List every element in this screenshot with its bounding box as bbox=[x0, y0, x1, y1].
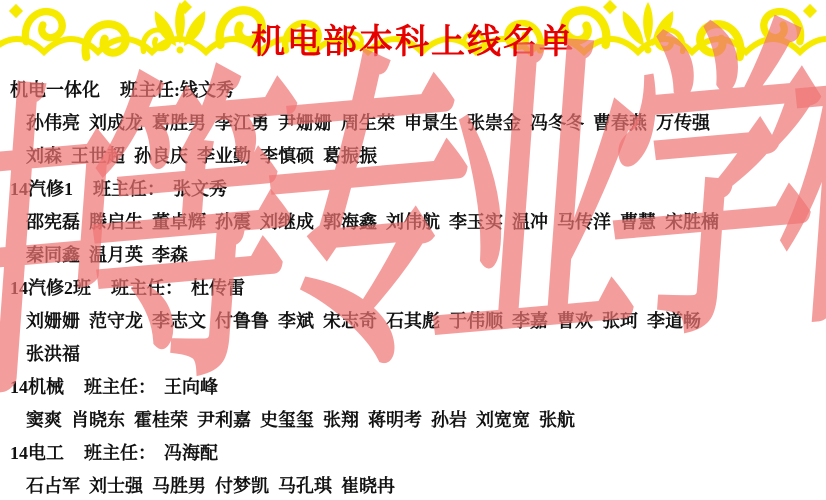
class-name: 14电工 bbox=[10, 443, 64, 463]
student-name: 石其彪 bbox=[386, 311, 440, 331]
student-name: 滕启生 bbox=[89, 212, 143, 232]
student-name: 霍桂荣 bbox=[134, 410, 188, 430]
teacher-name: 王向峰 bbox=[164, 377, 218, 397]
student-name: 马孔琪 bbox=[278, 476, 332, 496]
student-name: 冯冬冬 bbox=[530, 113, 584, 133]
student-row: 邵宪磊滕启生董卓辉孙震刘继成郭海鑫刘伟航李玉实温冲马传洋曹慧宋胜楠 bbox=[10, 206, 816, 239]
class-section: 14汽修2班班主任：杜传雷 刘姗姗范守龙李志文付鲁鲁李斌宋志奇石其彪于伟顺李嘉曹… bbox=[10, 272, 816, 371]
class-heading: 14汽修1班主任：张文秀 bbox=[10, 173, 816, 206]
student-name: 李道畅 bbox=[647, 311, 701, 331]
student-name: 刘森 bbox=[26, 146, 62, 166]
student-name: 李森 bbox=[152, 245, 188, 265]
student-name: 申景生 bbox=[404, 113, 458, 133]
student-name: 周生荣 bbox=[341, 113, 395, 133]
student-name: 宋胜楠 bbox=[665, 212, 719, 232]
student-name: 李嘉 bbox=[512, 311, 548, 331]
student-name: 张珂 bbox=[602, 311, 638, 331]
student-name: 曹春燕 bbox=[593, 113, 647, 133]
class-section: 机电一体化班主任:钱文秀 孙伟亮刘成龙葛胜男李江勇尹姗姗周生荣申景生张崇金冯冬冬… bbox=[10, 74, 816, 173]
student-name: 刘成龙 bbox=[89, 113, 143, 133]
student-name: 温月英 bbox=[89, 245, 143, 265]
student-name: 王世超 bbox=[71, 146, 125, 166]
teacher-name: 钱文秀 bbox=[180, 80, 234, 100]
student-name: 刘继成 bbox=[260, 212, 314, 232]
class-heading: 14电工班主任：冯海配 bbox=[10, 437, 816, 470]
roster: 机电一体化班主任:钱文秀 孙伟亮刘成龙葛胜男李江勇尹姗姗周生荣申景生张崇金冯冬冬… bbox=[10, 74, 816, 500]
student-name: 曹慧 bbox=[620, 212, 656, 232]
teacher-label: 班主任: bbox=[120, 80, 180, 100]
student-name: 于伟顺 bbox=[449, 311, 503, 331]
student-row: 石占军刘士强马胜男付梦凯马孔琪崔晓冉 bbox=[10, 470, 816, 500]
student-row: 秦同鑫温月英李森 bbox=[10, 239, 816, 272]
student-name: 孙岩 bbox=[431, 410, 467, 430]
class-section: 14电工班主任：冯海配 石占军刘士强马胜男付梦凯马孔琪崔晓冉 bbox=[10, 437, 816, 500]
student-name: 史玺玺 bbox=[260, 410, 314, 430]
teacher-name: 冯海配 bbox=[164, 443, 218, 463]
student-name: 马胜男 bbox=[152, 476, 206, 496]
teacher-label: 班主任： bbox=[84, 443, 156, 463]
student-name: 张崇金 bbox=[467, 113, 521, 133]
student-name: 刘宽宽 bbox=[476, 410, 530, 430]
student-name: 范守龙 bbox=[89, 311, 143, 331]
student-name: 温冲 bbox=[512, 212, 548, 232]
student-name: 邵宪磊 bbox=[26, 212, 80, 232]
class-heading: 14汽修2班班主任：杜传雷 bbox=[10, 272, 816, 305]
student-name: 李江勇 bbox=[215, 113, 269, 133]
student-row: 窦爽肖晓东霍桂荣尹利嘉史玺玺张翔蒋明考孙岩刘宽宽张航 bbox=[10, 404, 816, 437]
class-name: 14机械 bbox=[10, 377, 64, 397]
class-section: 14机械班主任：王向峰 窦爽肖晓东霍桂荣尹利嘉史玺玺张翔蒋明考孙岩刘宽宽张航 bbox=[10, 371, 816, 437]
student-name: 郭海鑫 bbox=[323, 212, 377, 232]
student-name: 蒋明考 bbox=[368, 410, 422, 430]
student-name: 李业勤 bbox=[197, 146, 251, 166]
student-name: 马传洋 bbox=[557, 212, 611, 232]
student-name: 李慎硕 bbox=[260, 146, 314, 166]
student-name: 万传强 bbox=[656, 113, 710, 133]
student-name: 窦爽 bbox=[26, 410, 62, 430]
student-name: 李斌 bbox=[278, 311, 314, 331]
student-name: 李志文 bbox=[152, 311, 206, 331]
student-name: 曹欢 bbox=[557, 311, 593, 331]
class-section: 14汽修1班主任：张文秀 邵宪磊滕启生董卓辉孙震刘继成郭海鑫刘伟航李玉实温冲马传… bbox=[10, 173, 816, 272]
student-name: 葛胜男 bbox=[152, 113, 206, 133]
student-name: 李玉实 bbox=[449, 212, 503, 232]
student-name: 付鲁鲁 bbox=[215, 311, 269, 331]
student-name: 孙伟亮 bbox=[26, 113, 80, 133]
student-name: 崔晓冉 bbox=[341, 476, 395, 496]
student-name: 刘姗姗 bbox=[26, 311, 80, 331]
student-name: 尹姗姗 bbox=[278, 113, 332, 133]
teacher-name: 杜传雷 bbox=[191, 278, 245, 298]
student-name: 宋志奇 bbox=[323, 311, 377, 331]
class-heading: 机电一体化班主任:钱文秀 bbox=[10, 74, 816, 107]
teacher-label: 班主任： bbox=[84, 377, 156, 397]
class-name: 机电一体化 bbox=[10, 80, 100, 100]
student-name: 刘伟航 bbox=[386, 212, 440, 232]
class-heading: 14机械班主任：王向峰 bbox=[10, 371, 816, 404]
student-name: 石占军 bbox=[26, 476, 80, 496]
student-row: 张洪福 bbox=[10, 338, 816, 371]
class-name: 14汽修1 bbox=[10, 179, 73, 199]
teacher-label: 班主任： bbox=[93, 179, 165, 199]
student-row: 孙伟亮刘成龙葛胜男李江勇尹姗姗周生荣申景生张崇金冯冬冬曹春燕万传强 bbox=[10, 107, 816, 140]
student-name: 张翔 bbox=[323, 410, 359, 430]
student-name: 张洪福 bbox=[26, 344, 80, 364]
class-name: 14汽修2班 bbox=[10, 278, 91, 298]
student-row: 刘森王世超孙良庆李业勤李慎硕葛振振 bbox=[10, 140, 816, 173]
page-title: 机电部本科上线名单 bbox=[251, 14, 575, 63]
student-name: 肖晓东 bbox=[71, 410, 125, 430]
student-name: 葛振振 bbox=[323, 146, 377, 166]
student-name: 孙震 bbox=[215, 212, 251, 232]
student-name: 董卓辉 bbox=[152, 212, 206, 232]
student-name: 尹利嘉 bbox=[197, 410, 251, 430]
teacher-label: 班主任： bbox=[111, 278, 183, 298]
student-name: 孙良庆 bbox=[134, 146, 188, 166]
teacher-name: 张文秀 bbox=[173, 179, 227, 199]
slide-canvas: 机电部本科上线名单 机电一体化班主任:钱文秀 孙伟亮刘成龙葛胜男李江勇尹姗姗周生… bbox=[0, 0, 826, 500]
student-name: 刘士强 bbox=[89, 476, 143, 496]
student-name: 付梦凯 bbox=[215, 476, 269, 496]
student-name: 张航 bbox=[539, 410, 575, 430]
student-name: 秦同鑫 bbox=[26, 245, 80, 265]
student-row: 刘姗姗范守龙李志文付鲁鲁李斌宋志奇石其彪于伟顺李嘉曹欢张珂李道畅 bbox=[10, 305, 816, 338]
